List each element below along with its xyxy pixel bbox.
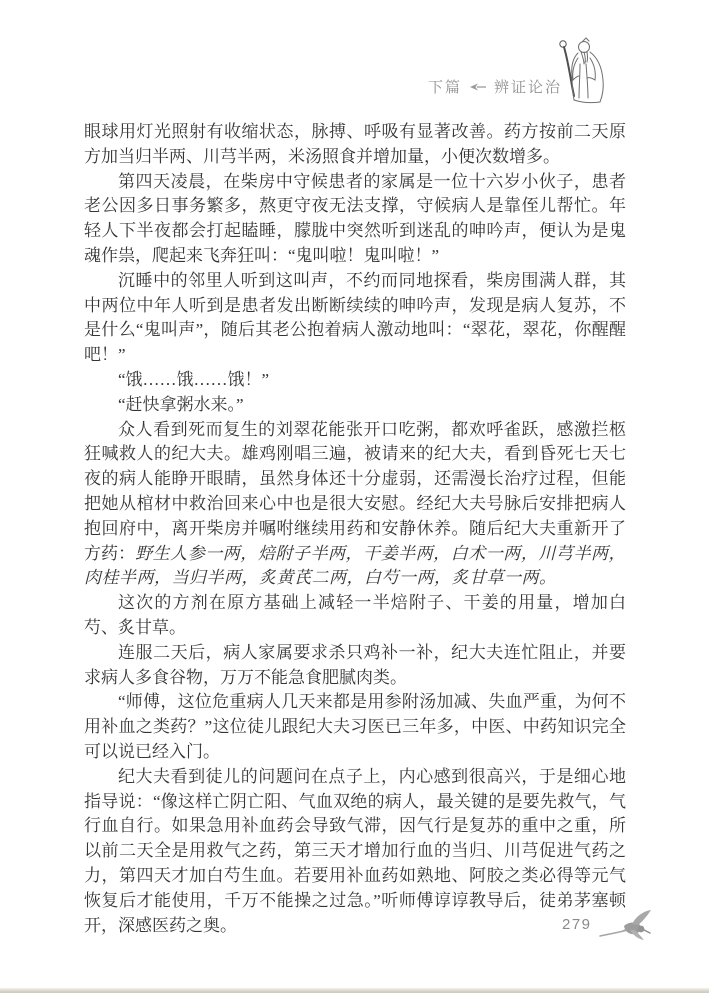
medicine-prescription-list: 野生人参一两，焙附子半两，干姜半两，白术一两，川芎半两，肉桂半两，当归半两，炙黄… [84, 544, 626, 589]
sage-with-staff-illustration [546, 34, 618, 106]
paragraph: “师傅，这位危重病人几天来都是用参附汤加减、失血严重，为何不用补血之类药？”这位… [84, 690, 626, 764]
section-label: 下篇 [428, 76, 462, 97]
page-number: 279 [562, 916, 592, 933]
book-page: 下篇 辨证论治 [0, 0, 709, 993]
paragraph: 第四天凌晨，在柴房中守候患者的家属是一位十六岁小伙子，患者老公因多日事务繁多，熬… [84, 170, 626, 269]
page-bottom-edge [0, 988, 709, 993]
paragraph-text: 众人看到死而复生的刘翠花能张开口吃粥，都欢呼雀跃，感激拦柩狂喊救人的纪大夫。雄鸡… [84, 420, 626, 563]
dialogue-line: “赶快拿粥水来。” [84, 393, 626, 418]
paragraph: 众人看到死而复生的刘翠花能张开口吃粥，都欢呼雀跃，感激拦柩狂喊救人的纪大夫。雄鸡… [84, 418, 626, 592]
paragraph: 连服二天后，病人家属要求杀只鸡补一补，纪大夫连忙阻止，并要求病人多食谷物，万万不… [84, 641, 626, 691]
leaf-arrow-ornament-icon [469, 82, 487, 92]
paragraph: 沉睡中的邻里人听到这叫声，不约而同地探看，柴房围满人群，其中两位中年人听到是患者… [84, 269, 626, 368]
dialogue-line: “饿……饿……饿！” [84, 368, 626, 393]
paragraph: 纪大夫看到徒儿的问题问在点子上，内心感到很高兴，于是细心地指导说：“像这样亡阴亡… [84, 765, 626, 939]
running-head: 下篇 辨证论治 [428, 76, 558, 97]
paragraph: 这次的方剂在原方基础上减轻一半焙附子、干姜的用量，增加白芍、炙甘草。 [84, 591, 626, 641]
flying-bird-illustration [596, 902, 658, 952]
paragraph-continuation: 眼球用灯光照射有收缩状态，脉搏、呼吸有显著改善。药方按前二天原方加当归半两、川芎… [84, 120, 626, 170]
body-text: 眼球用灯光照射有收缩状态，脉搏、呼吸有显著改善。药方按前二天原方加当归半两、川芎… [84, 120, 626, 938]
